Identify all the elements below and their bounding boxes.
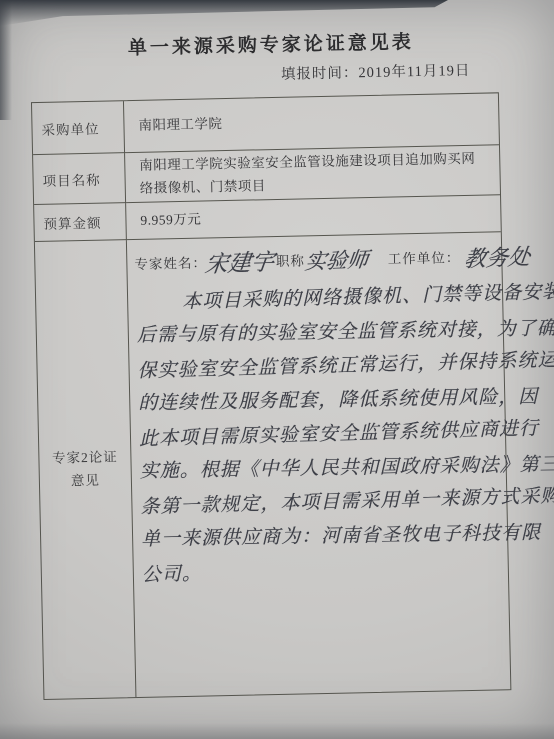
fill-date-value: 2019年11月19日 [358,63,470,81]
handwritten-opinion: 本项目采购的网络摄像机、门禁等设备安装 后需与原有的实验室安全监管系统对接，为了… [136,278,502,591]
row-value-project-name: 南阳理工学院实验室安全监管设施建设项目追加购买网络摄像机、门禁项目 [125,145,500,203]
paper-sheet: 单一来源采购专家论证意见表 填报时间：2019年11月19日 采购单位 南阳理工… [0,0,554,739]
expert-signature-row: 专家姓名：宋建宇职称实验师工作单位：教务处 [134,239,498,281]
work-unit-handwritten: 教务处 [462,240,532,274]
form-title: 单一来源采购专家论证意见表 [0,24,548,63]
fill-date-line: 填报时间：2019年11月19日 [0,57,549,90]
expert-opinion-cell: 专家姓名：宋建宇职称实验师工作单位：教务处 本项目采购的网络摄像机、门禁等设备安… [127,232,510,697]
fill-date-label: 填报时间： [281,65,359,83]
row-label-expert2-opinion: 专家2论证意见 [35,240,137,699]
expert-name-label: 专家姓名： [134,255,207,272]
expert-title-label: 职称 [276,253,305,269]
photographed-document: 单一来源采购专家论证意见表 填报时间：2019年11月19日 采购单位 南阳理工… [0,0,554,739]
expert-title-handwritten: 实验师 [303,243,370,275]
row-value-purchasing-unit: 南阳理工学院 [124,93,499,153]
work-unit-label: 工作单位： [388,250,461,267]
row-label-budget-amount: 预算金额 [34,203,127,242]
expert-name-handwritten: 宋建宇 [203,243,276,279]
row-label-project-name: 项目名称 [33,153,126,205]
row-label-purchasing-unit: 采购单位 [32,101,125,155]
form-table: 采购单位 南阳理工学院 项目名称 南阳理工学院实验室安全监管设施建设项目追加购买… [31,92,511,700]
